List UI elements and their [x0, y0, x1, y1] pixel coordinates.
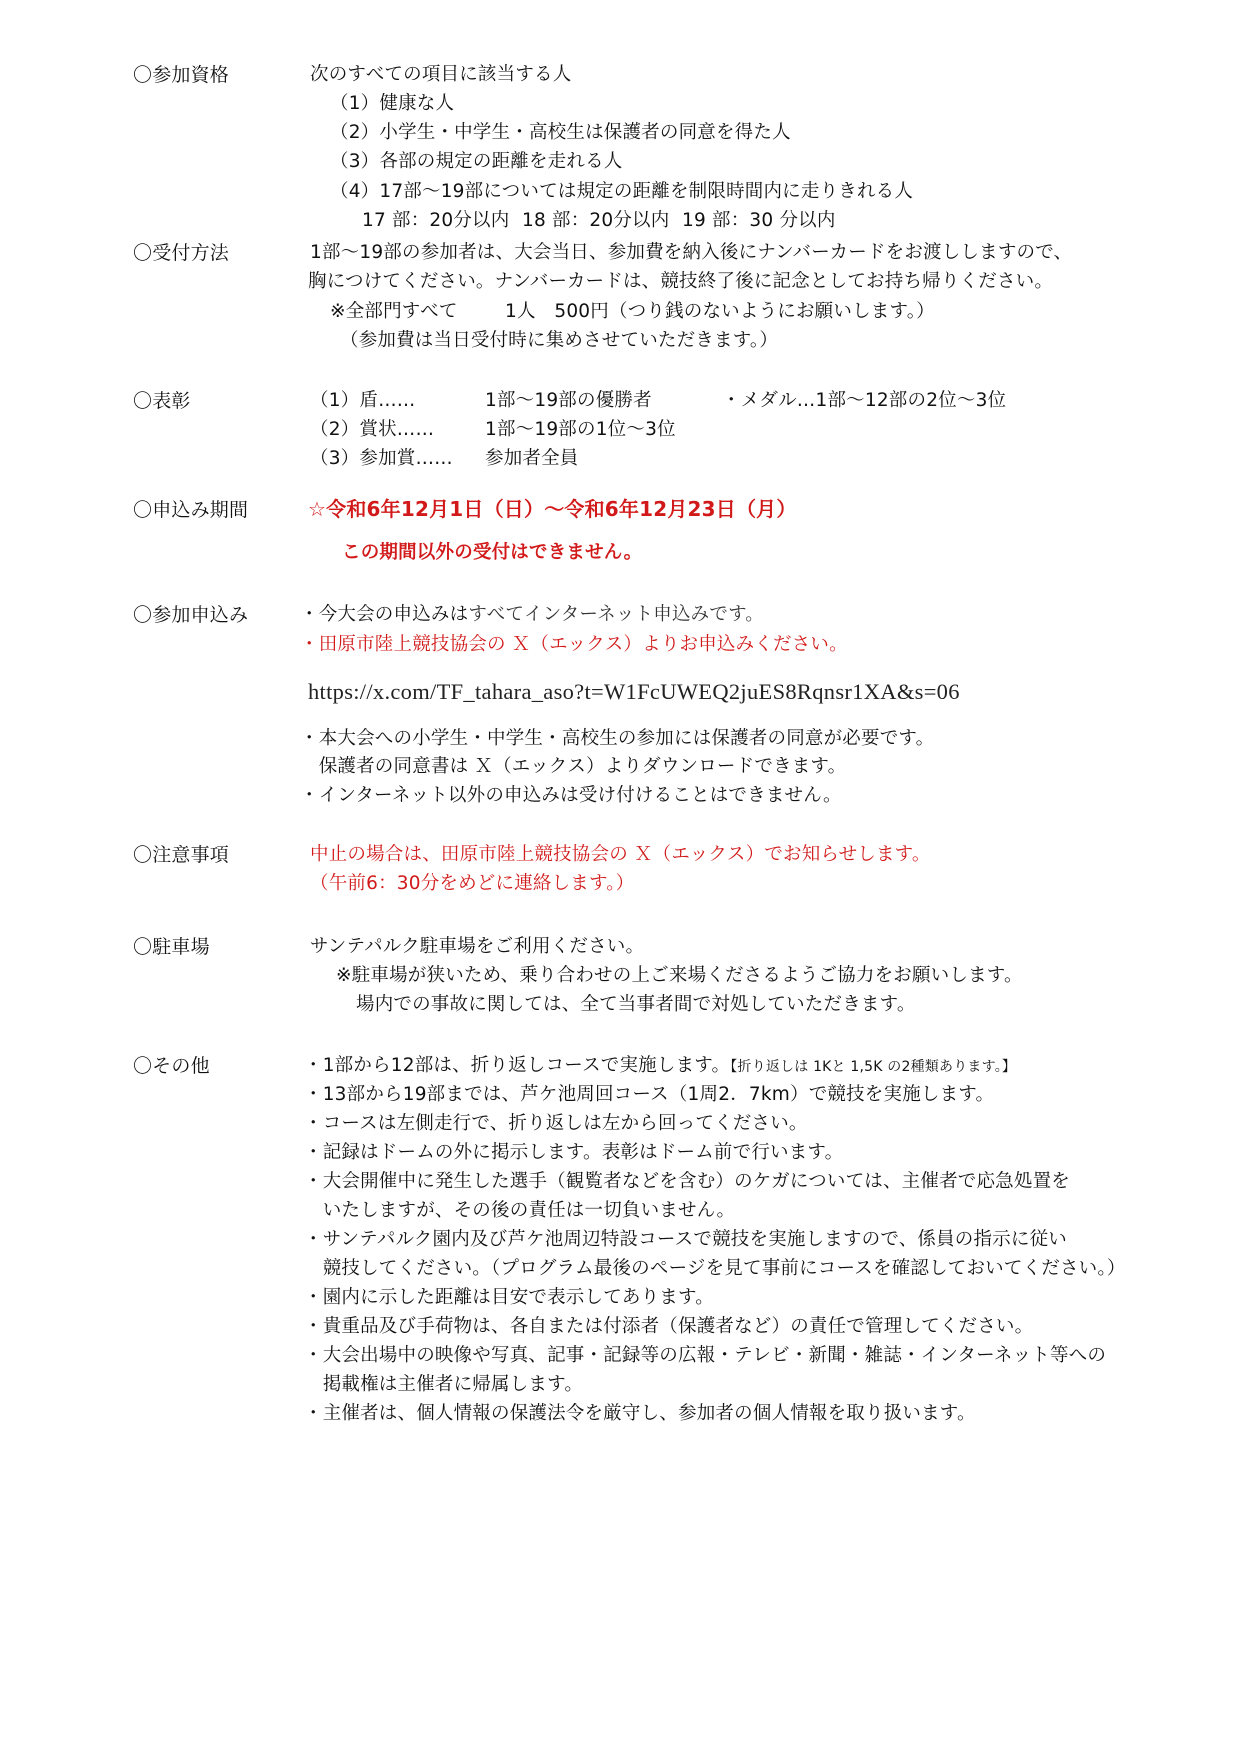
eligibility-item: （4）17部～19部については規定の距離を制限時間内に走りきれる人: [330, 180, 913, 204]
time-limit-18: 18 部：20分以内: [522, 209, 669, 233]
award-target: 参加者全員: [485, 447, 579, 471]
other-first-line-note: 【折り返しは 1Kと 1,5K の2種類あります。】: [730, 1059, 1016, 1075]
fee-note: （参加費は当日受付時に集めさせていただきます。）: [340, 329, 778, 353]
other-first-line: ・1部から12部は、折り返しコースで実施します。: [304, 1055, 730, 1076]
parking-label: 〇駐車場: [133, 935, 210, 959]
parking-line: 場内での事故に関しては、全て当事者間で対処していただきます。: [356, 993, 916, 1017]
other-line: ・貴重品及び手荷物は、各自または付添者（保護者など）の責任で管理してください。: [304, 1315, 1033, 1339]
other-line: ・サンテパルク園内及び芦ケ池周辺特設コースで競技を実施しますので、係員の指示に従…: [304, 1228, 1067, 1252]
other-line: ・園内に示した距離は目安で表示してあります。: [304, 1286, 714, 1310]
application-note: 保護者の同意書は Ｘ（エックス）よりダウンロードできます。: [300, 755, 846, 779]
period-label: 〇申込み期間: [133, 498, 248, 522]
fee-label: ※全部門すべて: [330, 300, 458, 324]
other-line: 競技してください。（プログラム最後のページを見て事前にコースを確認しておいてくだ…: [304, 1257, 1126, 1281]
award-medal: ・メダル…1部～12部の2位～3位: [722, 389, 1006, 413]
application-note: ・本大会への小学生・中学生・高校生の参加には保護者の同意が必要です。: [300, 727, 934, 751]
application-x-line: ・田原市陸上競技協会の Ｘ（エックス）よりお申込みください。: [300, 633, 848, 657]
eligibility-intro: 次のすべての項目に該当する人: [310, 63, 571, 87]
eligibility-label: 〇参加資格: [133, 63, 229, 87]
period-dates: ☆令和6年12月1日（日）～令和6年12月23日（月）: [308, 497, 797, 521]
time-limit-17: 17 部：20分以内: [362, 209, 509, 233]
application-line-prefix: ・今大会の申込みは: [300, 604, 468, 625]
awards-label: 〇表彰: [133, 389, 191, 413]
reception-label: 〇受付方法: [133, 241, 229, 265]
other-line: ・大会出場中の映像や写真、記事・記録等の広報・テレビ・新聞・雑誌・インターネット…: [304, 1344, 1106, 1368]
award-target: 1部～19部の優勝者: [485, 389, 652, 413]
application-label: 〇参加申込み: [133, 603, 248, 627]
other-line: ・13部から19部までは、芦ケ池周回コース（1周2．7km）で競技を実施します。: [304, 1083, 994, 1107]
caution-line: 中止の場合は、田原市陸上競技協会の Ｘ（エックス）でお知らせします。: [310, 843, 931, 867]
application-url-link[interactable]: https://x.com/TF_tahara_aso?t=W1FcUWEQ2j…: [308, 680, 960, 704]
reception-line: 1部～19部の参加者は、大会当日、参加費を納入後にナンバーカードをお渡ししますの…: [310, 241, 1072, 265]
eligibility-item: （3）各部の規定の距離を走れる人: [330, 150, 622, 174]
fee-value: 1人 500円（つり銭のないようにお願いします。）: [505, 300, 935, 324]
other-line: ・コースは左側走行で、折り返しは左から回ってください。: [304, 1112, 808, 1136]
award-target: 1部～19部の1位～3位: [485, 418, 676, 442]
other-line: ・主催者は、個人情報の保護法令を厳守し、参加者の個人情報を取り扱います。: [304, 1402, 976, 1426]
caution-line: （午前6：30分をめどに連絡します。）: [310, 872, 634, 896]
time-limit-19: 19 部：30 分以内: [682, 209, 836, 233]
parking-line: サンテパルク駐車場をご利用ください。: [310, 935, 644, 959]
other-line: ・記録はドームの外に掲示します。表彰はドーム前で行います。: [304, 1141, 843, 1165]
period-notice: この期間以外の受付はできません。: [342, 541, 642, 565]
other-line: ・大会開催中に発生した選手（観覧者などを含む）のケガについては、主催者で応急処置…: [304, 1170, 1070, 1194]
award-name: （1）盾……: [310, 389, 415, 413]
award-name: （2）賞状……: [310, 418, 434, 442]
reception-line: 胸につけてください。ナンバーカードは、競技終了後に記念としてお持ち帰りください。: [308, 270, 1053, 294]
other-line: 掲載権は主催者に帰属します。: [304, 1373, 583, 1397]
other-label: 〇その他: [133, 1054, 210, 1078]
parking-line: ※駐車場が狭いため、乗り合わせの上ご来場くださるようご協力をお願いします。: [336, 964, 1023, 988]
application-line: ・今大会の申込みはすべてインターネット申込みです。: [300, 603, 764, 627]
caution-label: 〇注意事項: [133, 843, 229, 867]
other-line: ・1部から12部は、折り返しコースで実施します。【折り返しは 1Kと 1,5K …: [304, 1054, 1016, 1079]
eligibility-item: （2）小学生・中学生・高校生は保護者の同意を得た人: [330, 121, 791, 145]
application-line-suffix: すべてインターネット申込みです。: [468, 604, 764, 625]
award-name: （3）参加賞……: [310, 447, 453, 471]
other-line: いたしますが、その後の責任は一切負いません。: [304, 1199, 735, 1223]
eligibility-item: （1）健康な人: [330, 92, 454, 116]
application-note: ・インターネット以外の申込みは受け付けることはできません。: [300, 784, 842, 808]
